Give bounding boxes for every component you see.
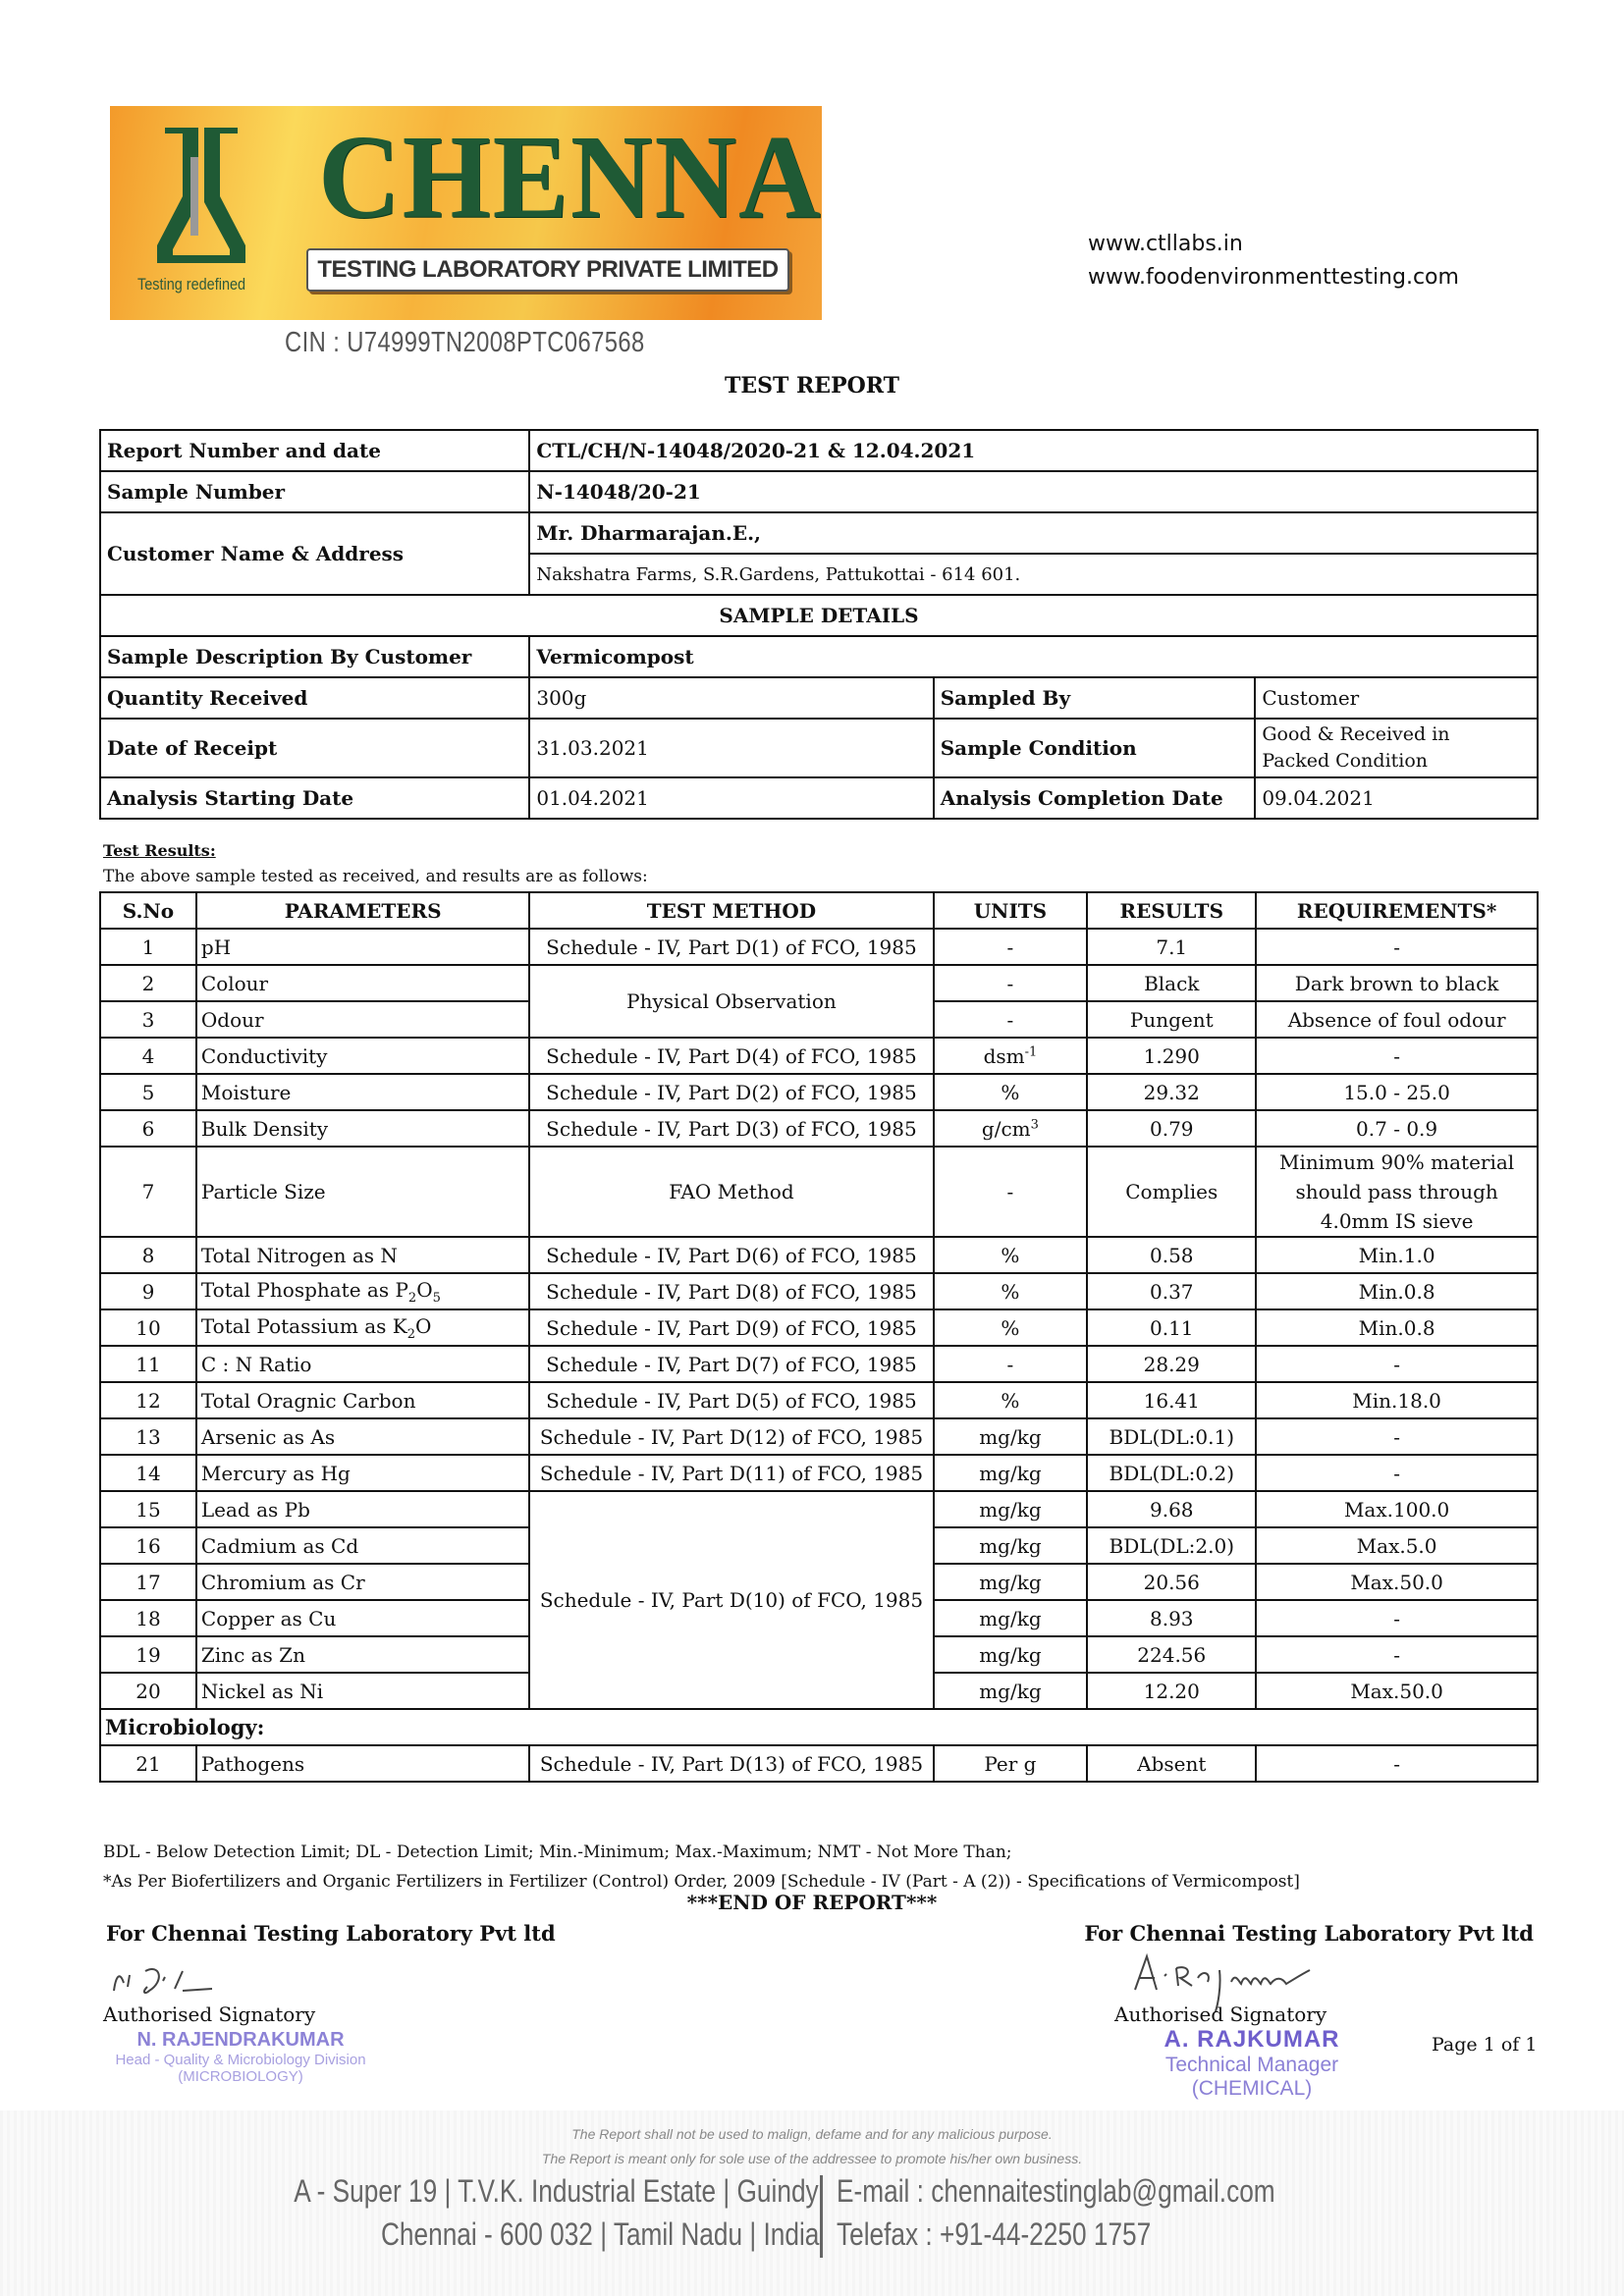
test-method-cell: Schedule - IV, Part D(3) of FCO, 1985	[529, 1110, 933, 1147]
col-header-units: UNITS	[934, 892, 1088, 929]
unit-cell: %	[934, 1237, 1088, 1273]
unit-cell: mg/kg	[934, 1491, 1088, 1527]
requirement-cell: -	[1256, 1600, 1538, 1636]
table-row: 13Arsenic as AsSchedule - IV, Part D(12)…	[100, 1418, 1538, 1455]
result-cell: 29.32	[1087, 1074, 1256, 1110]
test-method-cell: Schedule - IV, Part D(5) of FCO, 1985	[529, 1382, 933, 1418]
stamp-title: Technical Manager	[1134, 2054, 1370, 2077]
table-header-row: S.No PARAMETERS TEST METHOD UNITS RESULT…	[100, 892, 1538, 929]
parameter-cell: Cadmium as Cd	[196, 1527, 529, 1564]
results-body: 1pHSchedule - IV, Part D(1) of FCO, 1985…	[100, 929, 1538, 1782]
report-title: TEST REPORT	[0, 373, 1624, 399]
unit-cell: -	[934, 1346, 1088, 1382]
customer-address: Nakshatra Farms, S.R.Gardens, Pattukotta…	[529, 554, 1538, 595]
table-row: Date of Receipt 31.03.2021 Sample Condit…	[100, 719, 1538, 777]
stamp-left: N. RAJENDRAKUMAR Head - Quality & Microb…	[93, 2029, 388, 2085]
description-value: Vermicompost	[529, 636, 1538, 677]
contact-email[interactable]: E-mail : chennaitestinglab@gmail.com	[837, 2173, 1275, 2210]
start-label: Analysis Starting Date	[100, 777, 529, 819]
col-header-parameters: PARAMETERS	[196, 892, 529, 929]
requirement-cell: Max.5.0	[1256, 1527, 1538, 1564]
test-results-subtitle: The above sample tested as received, and…	[103, 867, 648, 886]
table-row: 10Total Potassium as K2OSchedule - IV, P…	[100, 1309, 1538, 1346]
quantity-label: Quantity Received	[100, 677, 529, 719]
result-cell: 0.11	[1087, 1309, 1256, 1346]
table-row: 9Total Phosphate as P2O5Schedule - IV, P…	[100, 1273, 1538, 1309]
parameter-cell: Zinc as Zn	[196, 1636, 529, 1673]
section-row: Microbiology:	[100, 1709, 1538, 1745]
company-logo: Testing redefined CHENNAI TESTING LABORA…	[110, 106, 822, 320]
unit-cell: g/cm3	[934, 1110, 1088, 1147]
table-row: Customer Name & Address Mr. Dharmarajan.…	[100, 512, 1538, 554]
table-row: 5MoistureSchedule - IV, Part D(2) of FCO…	[100, 1074, 1538, 1110]
sno-cell: 6	[100, 1110, 196, 1147]
test-method-cell: Schedule - IV, Part D(4) of FCO, 1985	[529, 1038, 933, 1074]
parameter-cell: Particle Size	[196, 1147, 529, 1237]
sno-cell: 7	[100, 1147, 196, 1237]
receipt-label: Date of Receipt	[100, 719, 529, 777]
result-cell: Complies	[1087, 1147, 1256, 1237]
parameter-cell: pH	[196, 929, 529, 965]
requirement-cell: Min.18.0	[1256, 1382, 1538, 1418]
result-cell: Pungent	[1087, 1001, 1256, 1038]
unit-cell: mg/kg	[934, 1564, 1088, 1600]
test-method-cell: Schedule - IV, Part D(2) of FCO, 1985	[529, 1074, 933, 1110]
condition-line: Packed Condition	[1262, 748, 1531, 774]
report-notes: BDL - Below Detection Limit; DL - Detect…	[103, 1838, 1300, 1896]
table-row: 15Lead as PbSchedule - IV, Part D(10) of…	[100, 1491, 1538, 1527]
test-method-cell: Schedule - IV, Part D(7) of FCO, 1985	[529, 1346, 933, 1382]
customer-name: Mr. Dharmarajan.E.,	[529, 512, 1538, 554]
result-cell: 1.290	[1087, 1038, 1256, 1074]
logo-tagline: Testing redefined	[137, 275, 245, 294]
test-method-cell: Schedule - IV, Part D(10) of FCO, 1985	[529, 1491, 933, 1709]
report-number-label: Report Number and date	[100, 430, 529, 471]
result-cell: 16.41	[1087, 1382, 1256, 1418]
stamp-dept: (CHEMICAL)	[1134, 2077, 1370, 2101]
condition-value: Good & Received in Packed Condition	[1255, 719, 1538, 777]
start-value: 01.04.2021	[529, 777, 933, 819]
col-header-results: RESULTS	[1087, 892, 1256, 929]
requirement-cell: -	[1256, 1418, 1538, 1455]
unit-cell: %	[934, 1309, 1088, 1346]
unit-cell: mg/kg	[934, 1636, 1088, 1673]
parameter-cell: Nickel as Ni	[196, 1673, 529, 1709]
page-number: Page 1 of 1	[1432, 2034, 1537, 2056]
unit-cell: %	[934, 1074, 1088, 1110]
stamp-name: N. RAJENDRAKUMAR	[93, 2029, 388, 2052]
contact-telefax: Telefax : +91-44-2250 1757	[837, 2216, 1151, 2253]
sno-cell: 12	[100, 1382, 196, 1418]
result-cell: 9.68	[1087, 1491, 1256, 1527]
requirement-cell: -	[1256, 1745, 1538, 1782]
table-row: 2ColourPhysical Observation-BlackDark br…	[100, 965, 1538, 1001]
unit-cell: %	[934, 1273, 1088, 1309]
result-cell: BDL(DL:0.2)	[1087, 1455, 1256, 1491]
table-row: 8Total Nitrogen as NSchedule - IV, Part …	[100, 1237, 1538, 1273]
stamp-title: Head - Quality & Microbiology Division	[93, 2052, 388, 2068]
completion-label: Analysis Completion Date	[934, 777, 1256, 819]
parameter-cell: Arsenic as As	[196, 1418, 529, 1455]
requirement-cell: Max.100.0	[1256, 1491, 1538, 1527]
signatory-company-left: For Chennai Testing Laboratory Pvt ltd	[106, 1921, 556, 1946]
description-label: Sample Description By Customer	[100, 636, 529, 677]
requirement-cell: Max.50.0	[1256, 1564, 1538, 1600]
table-row: SAMPLE DETAILS	[100, 595, 1538, 636]
footer-divider	[820, 2175, 823, 2258]
table-row: Quantity Received 300g Sampled By Custom…	[100, 677, 1538, 719]
unit-cell: mg/kg	[934, 1673, 1088, 1709]
unit-cell: -	[934, 929, 1088, 965]
table-row: 1pHSchedule - IV, Part D(1) of FCO, 1985…	[100, 929, 1538, 965]
stamp-right: A. RAJKUMAR Technical Manager (CHEMICAL)	[1134, 2026, 1370, 2101]
requirement-cell: -	[1256, 1346, 1538, 1382]
unit-cell: mg/kg	[934, 1455, 1088, 1491]
table-row: Sample Description By Customer Vermicomp…	[100, 636, 1538, 677]
sample-number-label: Sample Number	[100, 471, 529, 512]
sno-cell: 10	[100, 1309, 196, 1346]
flask-logo-icon	[147, 128, 255, 275]
table-row: 4ConductivitySchedule - IV, Part D(4) of…	[100, 1038, 1538, 1074]
brand-subtitle: TESTING LABORATORY PRIVATE LIMITED	[306, 248, 789, 292]
result-cell: 0.79	[1087, 1110, 1256, 1147]
parameter-cell: Pathogens	[196, 1745, 529, 1782]
parameter-cell: Total Phosphate as P2O5	[196, 1273, 529, 1309]
parameter-cell: Odour	[196, 1001, 529, 1038]
authorised-signatory-right: Authorised Signatory	[1114, 2002, 1326, 2026]
table-row: Analysis Starting Date 01.04.2021 Analys…	[100, 777, 1538, 819]
unit-cell: mg/kg	[934, 1418, 1088, 1455]
table-row: 14Mercury as HgSchedule - IV, Part D(11)…	[100, 1455, 1538, 1491]
parameter-cell: Total Nitrogen as N	[196, 1237, 529, 1273]
requirement-cell: Min.0.8	[1256, 1273, 1538, 1309]
result-cell: 0.58	[1087, 1237, 1256, 1273]
sno-cell: 5	[100, 1074, 196, 1110]
parameter-cell: Total Oragnic Carbon	[196, 1382, 529, 1418]
unit-cell: -	[934, 965, 1088, 1001]
requirement-cell: 0.7 - 0.9	[1256, 1110, 1538, 1147]
test-method-cell: Physical Observation	[529, 965, 933, 1038]
table-row: 12Total Oragnic CarbonSchedule - IV, Par…	[100, 1382, 1538, 1418]
sample-number-value: N-14048/20-21	[529, 471, 1538, 512]
parameter-cell: Mercury as Hg	[196, 1455, 529, 1491]
requirement-cell: Dark brown to black	[1256, 965, 1538, 1001]
requirement-cell: Minimum 90% materialshould pass through4…	[1256, 1147, 1538, 1237]
address-line-2: Chennai - 600 032 | Tamil Nadu | India	[381, 2216, 819, 2253]
col-header-sno: S.No	[100, 892, 196, 929]
stamp-name: A. RAJKUMAR	[1134, 2026, 1370, 2054]
test-results-table: S.No PARAMETERS TEST METHOD UNITS RESULT…	[99, 891, 1539, 1783]
result-cell: Black	[1087, 965, 1256, 1001]
customer-label: Customer Name & Address	[100, 512, 529, 595]
sno-cell: 11	[100, 1346, 196, 1382]
result-cell: 224.56	[1087, 1636, 1256, 1673]
unit-cell: mg/kg	[934, 1527, 1088, 1564]
sno-cell: 3	[100, 1001, 196, 1038]
parameter-cell: Conductivity	[196, 1038, 529, 1074]
col-header-test-method: TEST METHOD	[529, 892, 933, 929]
requirement-cell: -	[1256, 1636, 1538, 1673]
disclaimer-1: The Report shall not be used to malign, …	[0, 2126, 1624, 2142]
table-row: Sample Number N-14048/20-21	[100, 471, 1538, 512]
result-cell: BDL(DL:0.1)	[1087, 1418, 1256, 1455]
test-results-title: Test Results:	[103, 841, 216, 860]
requirement-cell: -	[1256, 1038, 1538, 1074]
website-link[interactable]: www.ctllabs.in	[1088, 228, 1459, 261]
parameter-cell: Bulk Density	[196, 1110, 529, 1147]
parameter-cell: Lead as Pb	[196, 1491, 529, 1527]
unit-cell: mg/kg	[934, 1600, 1088, 1636]
parameter-cell: Moisture	[196, 1074, 529, 1110]
sampled-by-value: Customer	[1255, 677, 1538, 719]
result-cell: Absent	[1087, 1745, 1256, 1782]
requirement-cell: Min.0.8	[1256, 1309, 1538, 1346]
result-cell: BDL(DL:2.0)	[1087, 1527, 1256, 1564]
result-cell: 0.37	[1087, 1273, 1256, 1309]
abbreviations-note: BDL - Below Detection Limit; DL - Detect…	[103, 1838, 1300, 1867]
end-of-report: ***END OF REPORT***	[0, 1891, 1624, 1914]
brand-name: CHENNAI	[318, 118, 822, 238]
sno-cell: 9	[100, 1273, 196, 1309]
table-row: 7Particle SizeFAO Method-CompliesMinimum…	[100, 1147, 1538, 1237]
unit-cell: dsm-1	[934, 1038, 1088, 1074]
table-row: Report Number and date CTL/CH/N-14048/20…	[100, 430, 1538, 471]
signature-left-icon	[106, 1951, 283, 2010]
requirement-cell: -	[1256, 929, 1538, 965]
requirement-cell: -	[1256, 1455, 1538, 1491]
report-info-table: Report Number and date CTL/CH/N-14048/20…	[99, 429, 1539, 820]
unit-cell: Per g	[934, 1745, 1088, 1782]
sno-cell: 21	[100, 1745, 196, 1782]
parameter-cell: C : N Ratio	[196, 1346, 529, 1382]
quantity-value: 300g	[529, 677, 933, 719]
completion-value: 09.04.2021	[1255, 777, 1538, 819]
sno-cell: 13	[100, 1418, 196, 1455]
signatory-company-right: For Chennai Testing Laboratory Pvt ltd	[1084, 1921, 1534, 1946]
test-method-cell: Schedule - IV, Part D(8) of FCO, 1985	[529, 1273, 933, 1309]
stamp-dept: (MICROBIOLOGY)	[93, 2068, 388, 2085]
table-row: 6Bulk DensitySchedule - IV, Part D(3) of…	[100, 1110, 1538, 1147]
sampled-by-label: Sampled By	[934, 677, 1256, 719]
microbiology-heading: Microbiology:	[100, 1709, 1538, 1745]
sno-cell: 18	[100, 1600, 196, 1636]
result-cell: 12.20	[1087, 1673, 1256, 1709]
disclaimer-2: The Report is meant only for sole use of…	[0, 2151, 1624, 2166]
sno-cell: 14	[100, 1455, 196, 1491]
requirement-cell: Max.50.0	[1256, 1673, 1538, 1709]
parameter-cell: Chromium as Cr	[196, 1564, 529, 1600]
test-method-cell: FAO Method	[529, 1147, 933, 1237]
test-method-cell: Schedule - IV, Part D(12) of FCO, 1985	[529, 1418, 933, 1455]
sample-details-heading: SAMPLE DETAILS	[100, 595, 1538, 636]
receipt-value: 31.03.2021	[529, 719, 933, 777]
requirement-cell: Absence of foul odour	[1256, 1001, 1538, 1038]
letterhead-footer: The Report shall not be used to malign, …	[0, 2110, 1624, 2296]
unit-cell: %	[934, 1382, 1088, 1418]
sno-cell: 4	[100, 1038, 196, 1074]
result-cell: 8.93	[1087, 1600, 1256, 1636]
website-links: www.ctllabs.in www.foodenvironmenttestin…	[1088, 228, 1459, 294]
report-number-value: CTL/CH/N-14048/2020-21 & 12.04.2021	[529, 430, 1538, 471]
authorised-signatory-left: Authorised Signatory	[103, 2002, 315, 2026]
requirement-cell: Min.1.0	[1256, 1237, 1538, 1273]
sno-cell: 8	[100, 1237, 196, 1273]
col-header-requirements: REQUIREMENTS*	[1256, 892, 1538, 929]
parameter-cell: Copper as Cu	[196, 1600, 529, 1636]
sno-cell: 19	[100, 1636, 196, 1673]
condition-line: Good & Received in	[1262, 721, 1531, 748]
unit-cell: -	[934, 1147, 1088, 1237]
table-row: 21PathogensSchedule - IV, Part D(13) of …	[100, 1745, 1538, 1782]
unit-cell: -	[934, 1001, 1088, 1038]
sno-cell: 17	[100, 1564, 196, 1600]
result-cell: 20.56	[1087, 1564, 1256, 1600]
parameter-cell: Colour	[196, 965, 529, 1001]
test-method-cell: Schedule - IV, Part D(11) of FCO, 1985	[529, 1455, 933, 1491]
address-line-1: A - Super 19 | T.V.K. Industrial Estate …	[295, 2173, 819, 2210]
condition-label: Sample Condition	[934, 719, 1256, 777]
result-cell: 7.1	[1087, 929, 1256, 965]
cin-number: CIN : U74999TN2008PTC067568	[285, 327, 645, 359]
table-row: 11C : N RatioSchedule - IV, Part D(7) of…	[100, 1346, 1538, 1382]
result-cell: 28.29	[1087, 1346, 1256, 1382]
test-method-cell: Schedule - IV, Part D(13) of FCO, 1985	[529, 1745, 933, 1782]
sno-cell: 1	[100, 929, 196, 965]
sno-cell: 2	[100, 965, 196, 1001]
sno-cell: 16	[100, 1527, 196, 1564]
test-method-cell: Schedule - IV, Part D(1) of FCO, 1985	[529, 929, 933, 965]
sno-cell: 15	[100, 1491, 196, 1527]
sno-cell: 20	[100, 1673, 196, 1709]
test-method-cell: Schedule - IV, Part D(6) of FCO, 1985	[529, 1237, 933, 1273]
parameter-cell: Total Potassium as K2O	[196, 1309, 529, 1346]
requirement-cell: 15.0 - 25.0	[1256, 1074, 1538, 1110]
website-link[interactable]: www.foodenvironmenttesting.com	[1088, 261, 1459, 294]
test-method-cell: Schedule - IV, Part D(9) of FCO, 1985	[529, 1309, 933, 1346]
